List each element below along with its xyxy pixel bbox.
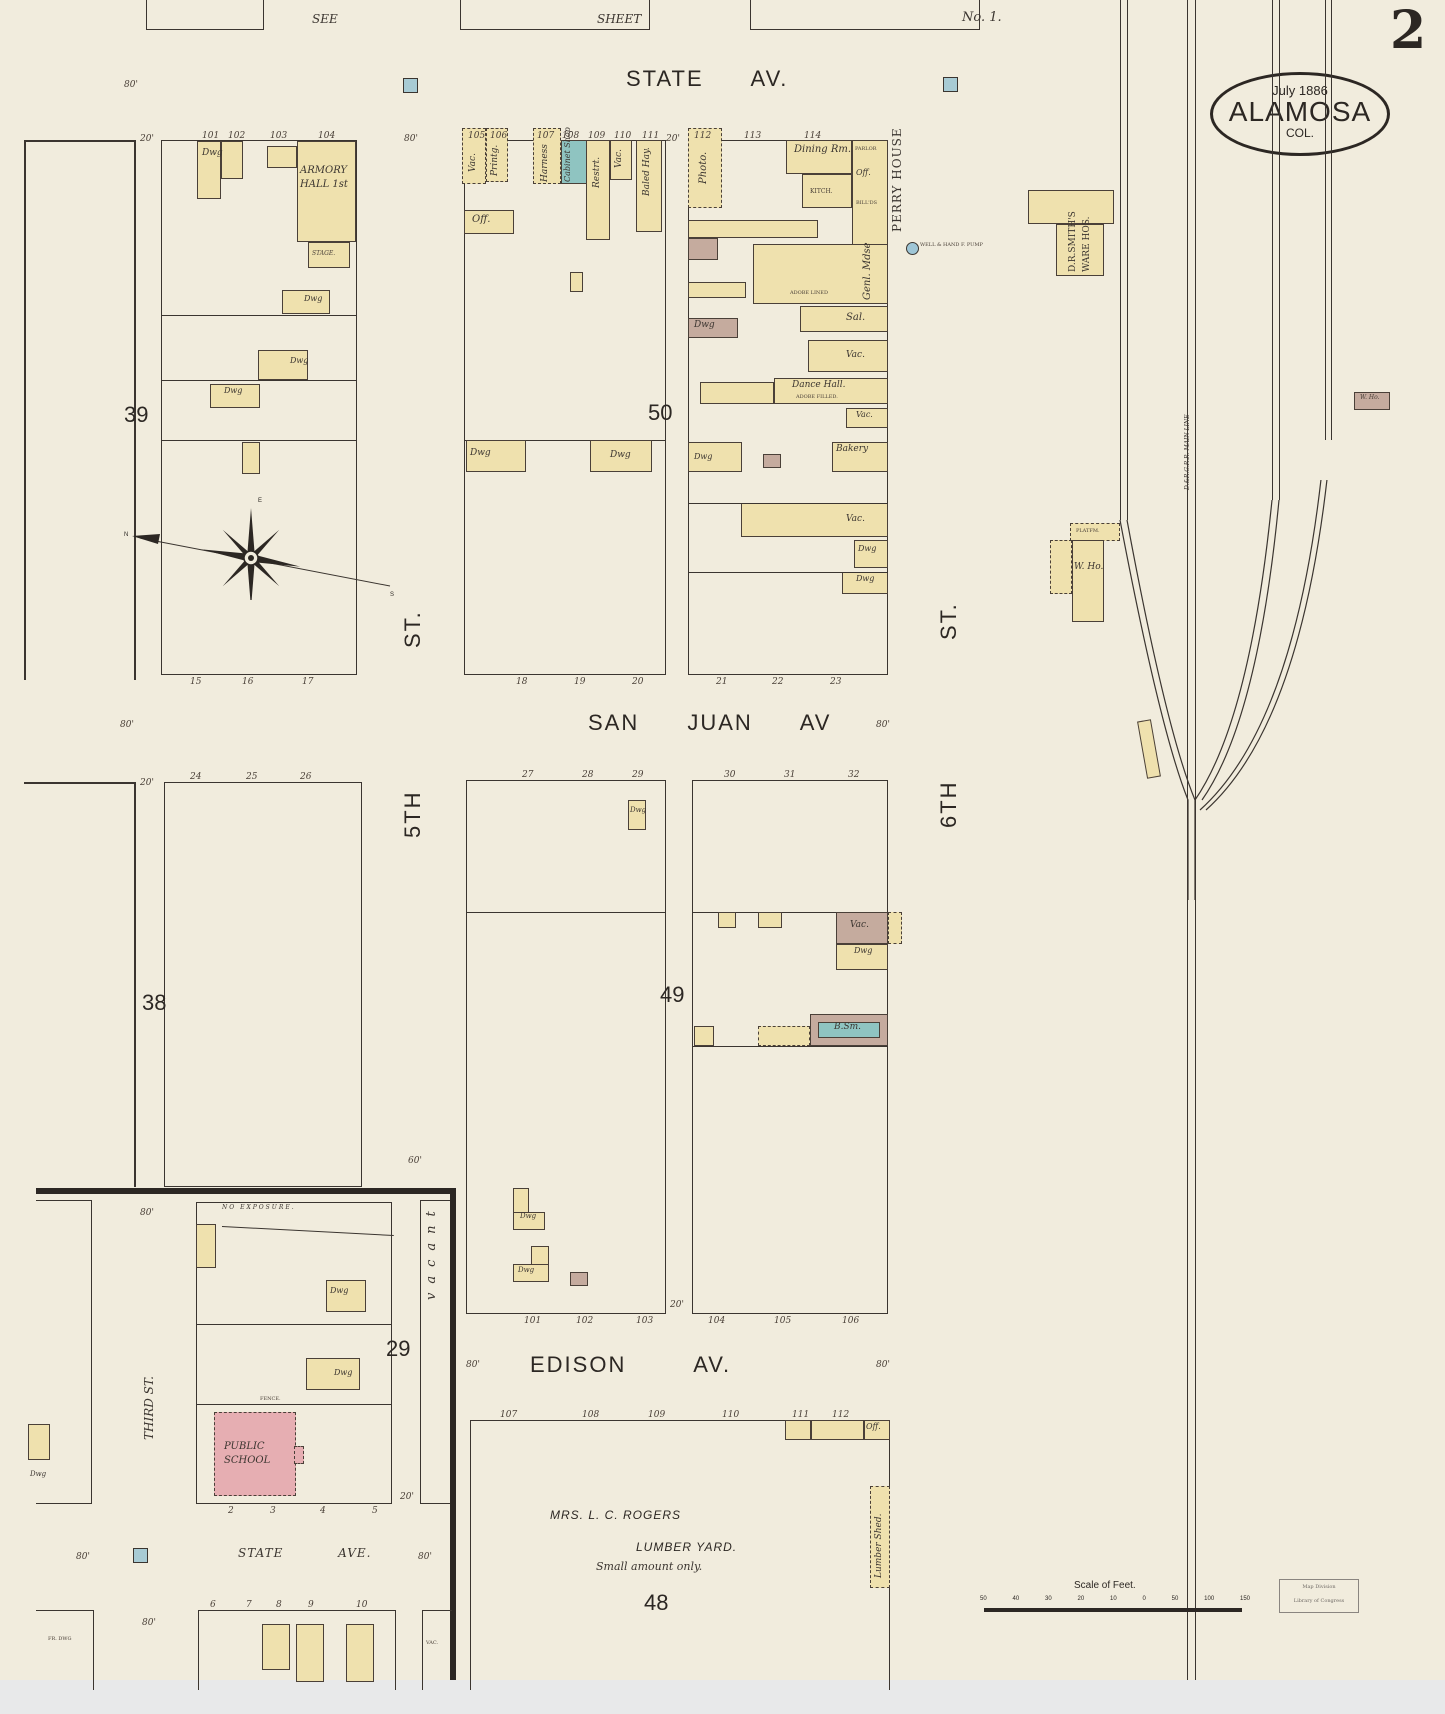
building-school-annex (294, 1446, 304, 1464)
lumber-yard-label: LUMBER YARD. (636, 1540, 737, 1554)
building-vac (741, 503, 888, 537)
stamp-line-1: Map Division (1280, 1584, 1358, 1590)
scale-tick: 40 (1013, 1596, 1020, 1602)
building (688, 220, 818, 238)
block-48 (470, 1420, 890, 1690)
lot-number: 101 (202, 131, 219, 141)
lot-number: 9 (308, 1600, 314, 1610)
dwg-label: Dwg (694, 320, 715, 330)
building-saloon (800, 306, 888, 332)
lot-number: 31 (784, 770, 795, 780)
lot-number: 7 (246, 1600, 252, 1610)
building-dwg (513, 1188, 529, 1214)
vac-label: Vac. (846, 350, 865, 360)
rr-track (1325, 0, 1326, 440)
lot-number: 109 (588, 131, 605, 141)
scale-title: Scale of Feet. (1074, 1580, 1136, 1591)
lot-number: 21 (716, 677, 727, 687)
street-edge (24, 140, 26, 680)
off-label: Off. (856, 168, 871, 177)
lot-number: 10 (356, 1600, 367, 1610)
scale-tick: 100 (1204, 1596, 1214, 1602)
lot-number: 114 (804, 131, 821, 141)
block-number-50: 50 (648, 400, 672, 426)
printing-label: Printg. (490, 145, 500, 176)
dwg-label: Dwg (520, 1212, 536, 1220)
lumber-yard-note: Small amount only. (596, 1560, 702, 1573)
lot-number: 107 (500, 1410, 517, 1420)
width-20: 20' (666, 134, 680, 144)
width-80: 80' (140, 1208, 154, 1218)
dwg-label: Dwg (224, 386, 242, 395)
lot-line (161, 380, 357, 381)
genl-mdse-label: Genl. Mdse (862, 242, 873, 300)
lot-number: 30 (724, 770, 735, 780)
building-shed (694, 1026, 714, 1046)
block-number-29: 29 (386, 1336, 410, 1362)
building (811, 1420, 864, 1440)
lot-number: 109 (648, 1410, 665, 1420)
building-shed (196, 1224, 216, 1268)
rr-track (1331, 0, 1332, 440)
map-sheet: SEE SHEET No. 1. 2 July 1886 ALAMOSA COL… (0, 0, 1445, 1680)
lot-number: 25 (246, 772, 257, 782)
harness-label: Harness (540, 144, 550, 182)
lot-number: 32 (848, 770, 859, 780)
building-dwg (296, 1624, 324, 1682)
scale-tick: 50 (1172, 1596, 1179, 1602)
block-number-39: 39 (124, 402, 148, 428)
street-state-ave-bottom: STATE AVE. (238, 1546, 371, 1560)
lot-number: 107 (537, 131, 554, 141)
building-oven (763, 454, 781, 468)
vac-label: Vac. (850, 920, 869, 930)
lot-number: 104 (708, 1316, 725, 1326)
parlor-label: PARLOR (855, 146, 876, 152)
dwg-label: Dwg (30, 1470, 46, 1478)
lot-number: 102 (228, 131, 245, 141)
lumber-shed-label: Lumber Shed. (874, 1514, 884, 1578)
building (758, 912, 782, 928)
dwg-label: Dwg (470, 448, 491, 458)
dwg-label: Dwg (858, 544, 876, 553)
lot-number: 108 (582, 1410, 599, 1420)
cartouche-city: ALAMOSA (1213, 98, 1387, 126)
street-edge (134, 782, 136, 1187)
warehouse-label: D.R.SMITH'S WARE HOS. (1066, 182, 1094, 272)
width-80: 80' (876, 720, 890, 730)
sheet-label: SHEET (597, 12, 641, 26)
office-label: Off. (472, 214, 490, 225)
lot-line (692, 1046, 888, 1047)
dwg-label: Dwg (630, 806, 646, 814)
dwg-label: Dwg (854, 946, 872, 955)
width-80: 80' (120, 720, 134, 730)
width-80: 80' (124, 80, 138, 90)
lot-line (688, 572, 888, 573)
dwg-label: Dwg (334, 1368, 352, 1377)
rr-track (1127, 0, 1128, 520)
lot-number: 6 (210, 1600, 216, 1610)
scale-ticks: 50 40 30 20 10 0 50 100 150 (980, 1596, 1250, 1602)
platform-label: PLATFM. (1076, 528, 1100, 534)
lot-number: 3 (270, 1506, 276, 1516)
block-bottom-east (422, 1610, 452, 1690)
rr-track (1120, 0, 1121, 520)
lot-number: 106 (842, 1316, 859, 1326)
public-school-label: PUBLIC SCHOOL (224, 1440, 284, 1468)
lot-line (196, 1324, 392, 1325)
block-number-49: 49 (660, 982, 684, 1008)
building-perry-house (852, 140, 888, 254)
building-w-ho (1072, 540, 1104, 622)
library-stamp: Map Division Library of Congress (1279, 1579, 1359, 1613)
building-restaurant (586, 140, 610, 240)
lot-number: 16 (242, 677, 253, 687)
sheet-boundary-line (450, 1188, 456, 1680)
well-icon (133, 1548, 148, 1563)
lot-number: 101 (524, 1316, 541, 1326)
stage-label: STAGE. (312, 250, 335, 257)
lot-number: 22 (772, 677, 783, 687)
building-shed (570, 272, 583, 292)
lot-number: 106 (490, 131, 507, 141)
compass-n: N (124, 532, 128, 538)
well-pump-icon (906, 242, 919, 255)
lot-number: 4 (320, 1506, 326, 1516)
width-80: 80' (466, 1360, 480, 1370)
lot-number: 110 (614, 131, 631, 141)
dwg-label: Dwg (330, 1286, 348, 1295)
street-third-st: THIRD ST. (142, 1376, 156, 1440)
dwg-label: Dwg (290, 356, 308, 365)
vac-label: Vac. (846, 514, 865, 524)
vac-small-label: VAC. (426, 1640, 438, 1646)
scale-bar (984, 1608, 1242, 1612)
street-edge (24, 782, 136, 784)
building (758, 1026, 810, 1046)
street-6th-st-a: ST. (936, 602, 962, 640)
street-5th-st-b: 5TH (400, 790, 426, 838)
photo-label: Photo. (698, 152, 709, 184)
lot-number: 19 (574, 677, 585, 687)
dwg-label: Dwg (610, 450, 631, 460)
width-80: 80' (76, 1552, 90, 1562)
width-20: 20' (670, 1300, 684, 1310)
block-49-east (692, 780, 888, 1314)
lot-number: 26 (300, 772, 311, 782)
no-exposure-label: NO EXPOSURE. (222, 1204, 296, 1211)
well-icon (943, 77, 958, 92)
lot-number: 5 (372, 1506, 378, 1516)
lot-line (688, 503, 888, 504)
width-20: 20' (400, 1492, 414, 1502)
lot-number: 20 (632, 677, 643, 687)
building-shed (888, 912, 902, 944)
lot-number: 110 (722, 1410, 739, 1420)
adobe-filled-label: ADOBE FILLED. (796, 394, 838, 400)
scale-tick: 50 (980, 1596, 987, 1602)
lot-number: 17 (302, 677, 313, 687)
scale-tick: 10 (1110, 1596, 1117, 1602)
scale-tick: 0 (1143, 1596, 1146, 1602)
lot-number: 112 (694, 131, 711, 141)
block-49-west (466, 780, 666, 1314)
well-pump-label: WELL & HAND F. PUMP (920, 242, 983, 248)
building-shed (1050, 540, 1072, 594)
building-dwg (628, 800, 646, 830)
restaurant-label: Restrt. (592, 157, 602, 188)
lot-number: 27 (522, 770, 533, 780)
street-edge (24, 140, 136, 142)
building-dwg (221, 141, 243, 179)
dwg-label: Dwg (202, 148, 223, 158)
lot-number: 2 (228, 1506, 234, 1516)
compass-e: E (258, 498, 262, 504)
lot-number: 108 (562, 131, 579, 141)
lot-number: 111 (642, 131, 659, 141)
width-20: 20' (140, 778, 154, 788)
lot-number: 111 (792, 1410, 809, 1420)
kitchen-label: KITCH. (810, 188, 833, 195)
building-dwg (326, 1280, 366, 1312)
dwg-label: Dwg (304, 294, 322, 303)
fence-label: FENCE. (260, 1396, 281, 1402)
vac-label: Vac. (614, 149, 624, 168)
sheet-boundary-line (36, 1188, 456, 1194)
bakery-label: Bakery (836, 444, 868, 454)
fr-dwg-label: FR. DWG (48, 1636, 72, 1642)
adjoining-sheet-box-3 (750, 0, 980, 30)
scale-tick: 20 (1078, 1596, 1085, 1602)
street-edison-av: EDISON AV. (530, 1352, 731, 1378)
block-vacant (420, 1200, 450, 1504)
stamp-line-2: Library of Congress (1280, 1598, 1358, 1604)
width-80: 80' (876, 1360, 890, 1370)
office-label: Off. (866, 1422, 881, 1431)
block-number-38: 38 (142, 990, 166, 1016)
adobe-lined-label: ADOBE LINED (790, 290, 828, 296)
dwg-label: Dwg (856, 574, 874, 583)
lot-number: 103 (270, 131, 287, 141)
bsm-label: B.Sm. (834, 1022, 861, 1032)
lot-number: 102 (576, 1316, 593, 1326)
lot-number: 104 (318, 131, 335, 141)
street-state-av: STATE AV. (626, 66, 788, 92)
lot-line (196, 1404, 392, 1405)
lot-number: 8 (276, 1600, 282, 1610)
w-ho-far-label: W. Ho. (1360, 394, 1380, 401)
sheet-number: 2 (1390, 0, 1426, 61)
building-dwg (346, 1624, 374, 1682)
building-brown (688, 238, 718, 260)
see-label: SEE (312, 12, 338, 26)
lot-line (466, 912, 666, 913)
building-shed (242, 442, 260, 474)
rr-track (1272, 0, 1273, 500)
w-ho-label: W. Ho. (1074, 562, 1103, 572)
perry-house-label: PERRY HOUSE (890, 127, 904, 232)
lot-number: 103 (636, 1316, 653, 1326)
title-cartouche: July 1886 ALAMOSA COL. (1210, 72, 1390, 156)
street-san-juan-av: SAN JUAN AV (588, 710, 831, 736)
block-38 (164, 782, 362, 1187)
building (688, 282, 746, 298)
armory-hall-label: ARMORY HALL 1st (300, 164, 350, 192)
saloon-label: Sal. (846, 312, 865, 323)
dining-room-label: Dining Rm. (794, 144, 851, 155)
street-5th-st-a: ST. (400, 610, 426, 648)
compass-s: S (390, 592, 394, 598)
vac-label: Vac. (856, 410, 873, 419)
building (718, 912, 736, 928)
lot-number: 28 (582, 770, 593, 780)
scale-tick: 30 (1045, 1596, 1052, 1602)
lot-number: 105 (774, 1316, 791, 1326)
lot-line (161, 315, 357, 316)
lot-number: 113 (744, 131, 761, 141)
lot-number: 15 (190, 677, 201, 687)
cartouche-state: COL. (1213, 126, 1387, 140)
building-dwg (262, 1624, 290, 1670)
lot-number: 24 (190, 772, 201, 782)
lot-number: 105 (468, 131, 485, 141)
block-bottom-west (36, 1610, 94, 1690)
width-80: 80' (404, 134, 418, 144)
building-dwg (258, 350, 308, 380)
lumber-yard-owner: MRS. L. C. ROGERS (550, 1508, 681, 1522)
street-6th-st-b: 6TH (936, 780, 962, 828)
sheet-no-label: No. 1. (962, 10, 1002, 25)
rr-track (1279, 0, 1280, 500)
width-20: 20' (140, 134, 154, 144)
rr-main-line-label: D.&R.G.R.R. MAIN LINE (1184, 414, 1191, 490)
building-dwg (531, 1246, 549, 1266)
well-icon (403, 78, 418, 93)
building (267, 146, 297, 168)
baled-hay-label: Baled Hay. (642, 147, 652, 196)
dwg-label: Dwg (518, 1266, 534, 1274)
lot-number: 29 (632, 770, 643, 780)
lot-number: 23 (830, 677, 841, 687)
lot-line (161, 440, 357, 441)
lot-number: 112 (832, 1410, 849, 1420)
width-80: 80' (142, 1618, 156, 1628)
dwg-label: Dwg (694, 452, 712, 461)
building (700, 382, 774, 404)
block-number-48: 48 (644, 1590, 668, 1616)
billiards-label: BILL'DS (856, 200, 877, 206)
scale-tick: 150 (1240, 1596, 1250, 1602)
rr-curves (1100, 480, 1350, 900)
vac-label: Vac. (468, 153, 478, 172)
building-shed (570, 1272, 588, 1286)
width-80: 80' (418, 1552, 432, 1562)
width-60: 60' (408, 1156, 422, 1166)
adjoining-sheet-box-1 (146, 0, 264, 30)
lot-number: 18 (516, 677, 527, 687)
dance-hall-label: Dance Hall. (792, 380, 845, 390)
building-dwg (28, 1424, 50, 1460)
compass-rose-icon: N S E W (110, 490, 400, 600)
building-shed (785, 1420, 811, 1440)
